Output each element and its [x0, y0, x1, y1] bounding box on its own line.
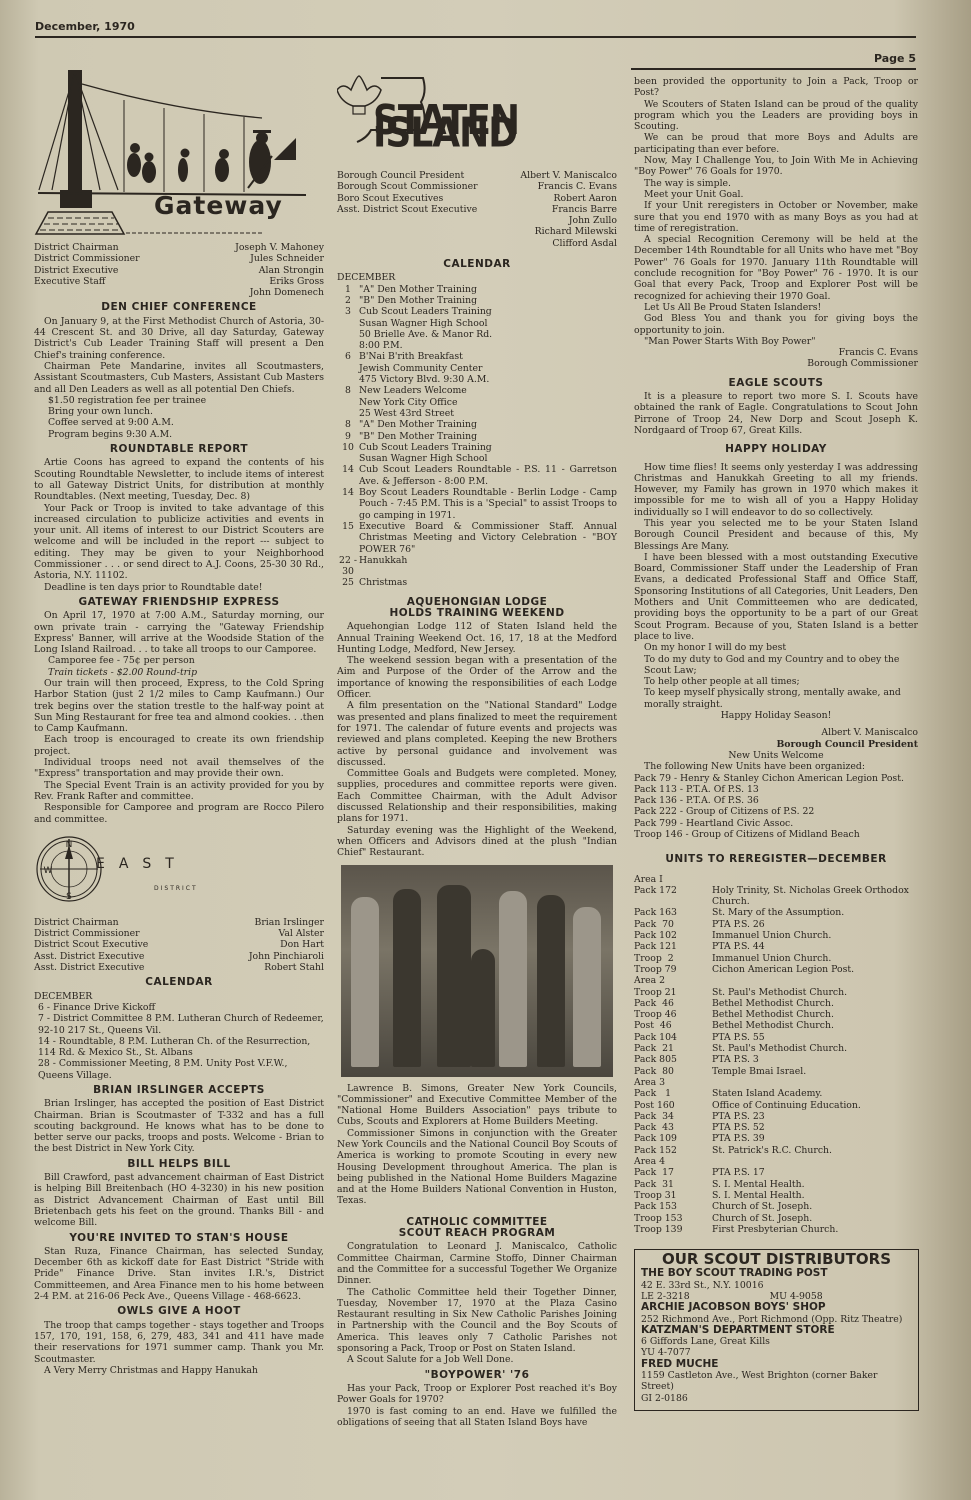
- header-rule: [35, 36, 916, 38]
- roster-name: Richard Milewski: [520, 226, 617, 237]
- roster-name: Robert Stahl: [249, 962, 324, 973]
- table-row: Pack 104PTA P.S. 55: [634, 1032, 918, 1043]
- unit-cell: Pack 805: [634, 1054, 712, 1065]
- calendar-day: 25: [337, 577, 359, 588]
- distributors-list: THE BOY SCOUT TRADING POST42 E. 33rd St.…: [641, 1268, 912, 1404]
- oath-line: To help other people at all times;: [644, 676, 918, 687]
- article-paragraph: The troop that camps together - stays to…: [34, 1320, 324, 1365]
- calendar-entry: 14 - Roundtable, 8 P.M. Lutheran Ch. of …: [38, 1036, 324, 1059]
- table-row: Pack 80Temple Bmai Israel.: [634, 1066, 918, 1077]
- table-row: Pack 70PTA P.S. 26: [634, 919, 918, 930]
- article-paragraph: Bill Crawford, past advancement chairman…: [34, 1172, 324, 1228]
- photo-caption: Lawrence B. Simons, Greater New York Cou…: [337, 1083, 617, 1128]
- calendar-entry: 3Cub Scout Leaders Training Susan Wagner…: [337, 306, 617, 351]
- calendar-event: Christmas: [359, 577, 617, 588]
- unit-cell: Pack 31: [634, 1179, 712, 1190]
- table-row: Post 160Office of Continuing Education.: [634, 1100, 918, 1111]
- unit-cell: Troop 46: [634, 1009, 712, 1020]
- calendar-day: 10: [337, 442, 359, 465]
- headline-line: AQUEHONGIAN LODGE: [407, 596, 548, 608]
- article-paragraph: The following New Units have been organi…: [634, 761, 918, 772]
- sponsor-cell: Immanuel Union Church.: [712, 953, 918, 964]
- roster-name: John Domenech: [235, 287, 324, 298]
- roster-name: Val Alster: [249, 928, 324, 939]
- new-units-list: Pack 79 - Henry & Stanley Cichon America…: [634, 773, 918, 841]
- si-calendar-list: 1"A" Den Mother Training2"B" Den Mother …: [337, 284, 617, 589]
- headline-reregister: UNITS TO REREGISTER—DECEMBER: [634, 854, 918, 865]
- staten-island-title: STATEN ISLAND: [373, 114, 617, 140]
- headline-line: SCOUT REACH PROGRAM: [399, 1227, 556, 1239]
- express-fees: Camporee fee - 75¢ per person Train tick…: [34, 655, 324, 678]
- article-paragraph: The Special Event Train is an activity p…: [34, 780, 324, 803]
- article-paragraph: On January 9, at the First Methodist Chu…: [34, 316, 324, 361]
- unit-cell: Pack 163: [634, 907, 712, 918]
- sponsor-cell: Church of St. Joseph.: [712, 1201, 918, 1212]
- roster-name: Joseph V. Mahoney: [235, 242, 324, 253]
- sponsor-cell: St. Patrick's R.C. Church.: [712, 1145, 918, 1156]
- roster-name: John Pinchiaroli: [249, 951, 324, 962]
- unit-cell: Pack 80: [634, 1066, 712, 1077]
- new-unit: Pack 79 - Henry & Stanley Cichon America…: [634, 773, 918, 784]
- roster-name: Don Hart: [249, 939, 324, 950]
- column-gateway-east: Gateway District Chairman District Commi…: [34, 60, 324, 1376]
- roster-role: District Chairman: [34, 242, 140, 253]
- roster-role: District Commissioner: [34, 253, 140, 264]
- article-paragraph: It is a pleasure to report two more S. I…: [634, 391, 918, 436]
- new-units-title: New Units Welcome: [634, 750, 918, 761]
- compass-icon: N W S: [34, 831, 104, 907]
- roster-role: District Scout Executive: [34, 939, 148, 950]
- sponsor-cell: Cichon American Legion Post.: [712, 964, 918, 975]
- calendar-event: Hanukkah: [359, 555, 617, 578]
- east-district-logo: N W S EAST DISTRICT: [34, 831, 324, 913]
- calendar-event: "B" Den Mother Training: [359, 431, 617, 442]
- article-paragraph: Congratulation to Leonard J. Maniscalco,…: [337, 1241, 617, 1286]
- headline-stan: YOU'RE INVITED TO STAN'S HOUSE: [34, 1233, 324, 1244]
- article-paragraph: Artie Coons has agreed to expand the con…: [34, 457, 324, 502]
- distributor-name: FRED MUCHE: [641, 1359, 912, 1370]
- table-row: Troop 46Bethel Methodist Church.: [634, 1009, 918, 1020]
- table-row: Troop 79Cichon American Legion Post.: [634, 964, 918, 975]
- compass-w: W: [44, 866, 53, 876]
- unit-cell: Pack 121: [634, 941, 712, 952]
- roster-role: Boro Scout Executives: [337, 193, 478, 204]
- calendar-event: Cub Scout Leaders Roundtable - P.S. 11 -…: [359, 464, 617, 487]
- article-paragraph: If your Unit reregisters in October or N…: [634, 200, 918, 234]
- article-paragraph: Individual troops need not avail themsel…: [34, 757, 324, 780]
- unit-cell: Pack 43: [634, 1122, 712, 1133]
- table-row: Pack 109PTA P.S. 39: [634, 1133, 918, 1144]
- new-unit: Pack 113 - P.T.A. Of P.S. 13: [634, 784, 918, 795]
- table-row: Pack 153Church of St. Joseph.: [634, 1201, 918, 1212]
- article-paragraph: A Scout Salute for a Job Well Done.: [337, 1354, 617, 1365]
- table-row: Troop 139First Presbyterian Church.: [634, 1224, 918, 1235]
- signature-name: Francis C. Evans: [634, 347, 918, 358]
- headline-roundtable: ROUNDTABLE REPORT: [34, 444, 324, 455]
- roster-role: District Chairman: [34, 917, 148, 928]
- unit-cell: Troop 21: [634, 987, 712, 998]
- page-number: Page 5: [874, 52, 916, 65]
- roster-name: Robert Aaron: [520, 193, 617, 204]
- headline-line: HOLDS TRAINING WEEKEND: [389, 607, 564, 619]
- staten-island-logo: STATEN ISLAND: [337, 72, 617, 164]
- unit-cell: Pack 153: [634, 1201, 712, 1212]
- calendar-month: DECEMBER: [34, 991, 324, 1002]
- article-paragraph: A special Recognition Ceremony will be h…: [634, 234, 918, 302]
- article-paragraph: Commissioner Simons in conjunction with …: [337, 1128, 617, 1207]
- sponsor-cell: St. Paul's Methodist Church.: [712, 987, 918, 998]
- calendar-day: 1: [337, 284, 359, 295]
- calendar-entry: 15Executive Board & Commissioner Staff. …: [337, 521, 617, 555]
- headline-irslinger: BRIAN IRSLINGER ACCEPTS: [34, 1085, 324, 1096]
- table-row: Troop 31S. I. Mental Health.: [634, 1190, 918, 1201]
- unit-cell: Troop 139: [634, 1224, 712, 1235]
- unit-cell: Pack 70: [634, 919, 712, 930]
- unit-cell: Pack 46: [634, 998, 712, 1009]
- signature-title: Borough Council President: [634, 739, 918, 750]
- roster-role: Asst. District Executive: [34, 962, 148, 973]
- new-unit: Pack 136 - P.T.A. Of P.S. 36: [634, 795, 918, 806]
- sponsor-cell: St. Mary of the Assumption.: [712, 907, 918, 918]
- calendar-entry: 7 - District Committee 8 P.M. Lutheran C…: [38, 1013, 324, 1036]
- roster-name: Francis C. Evans: [520, 181, 617, 192]
- headline-line: CATHOLIC COMMITTEE: [406, 1216, 547, 1228]
- unit-cell: Pack 109: [634, 1133, 712, 1144]
- article-paragraph: Let Us All Be Proud Staten Islanders!: [634, 302, 918, 313]
- holiday-closing: Happy Holiday Season!: [634, 710, 918, 721]
- new-unit: Pack 799 - Heartland Civic Assoc.: [634, 818, 918, 829]
- calendar-entry: 28 - Commissioner Meeting, 8 P.M. Unity …: [38, 1058, 324, 1081]
- east-title: EAST: [96, 859, 188, 870]
- unit-cell: Troop 153: [634, 1213, 712, 1224]
- calendar-entry: 8New Leaders Welcome New York City Offic…: [337, 385, 617, 419]
- calendar-day: 3: [337, 306, 359, 351]
- table-row: Pack 163St. Mary of the Assumption.: [634, 907, 918, 918]
- unit-cell: Troop 2: [634, 953, 712, 964]
- calendar-day: 2: [337, 295, 359, 306]
- article-paragraph: The way is simple.: [634, 178, 918, 189]
- sponsor-cell: PTA P.S. 52: [712, 1122, 918, 1133]
- calendar-day: 14: [337, 487, 359, 521]
- article-paragraph: How time flies! It seems only yesterday …: [634, 462, 918, 518]
- sponsor-cell: [712, 975, 918, 986]
- sponsor-cell: [712, 1156, 918, 1167]
- scout-oath: On my honor I will do my best To do my d…: [634, 642, 918, 710]
- article-paragraph: "Man Power Starts With Boy Power": [634, 336, 918, 347]
- calendar-event: "A" Den Mother Training: [359, 419, 617, 430]
- calendar-day: 22 - 30: [337, 555, 359, 578]
- headline-den-chief: DEN CHIEF CONFERENCE: [34, 302, 324, 313]
- table-row: Pack 172Holy Trinity, St. Nicholas Greek…: [634, 885, 918, 908]
- table-row: Pack 102Immanuel Union Church.: [634, 930, 918, 941]
- calendar-entry: 10Cub Scout Leaders Training Susan Wagne…: [337, 442, 617, 465]
- distributor-entry: THE BOY SCOUT TRADING POST42 E. 33rd St.…: [641, 1268, 912, 1302]
- calendar-entry: 2"B" Den Mother Training: [337, 295, 617, 306]
- distributor-line: 42 E. 33rd St., N.Y. 10016: [641, 1280, 912, 1291]
- article-paragraph: God Bless You and thank you for giving b…: [634, 313, 918, 336]
- sponsor-cell: Holy Trinity, St. Nicholas Greek Orthodo…: [712, 885, 918, 908]
- unit-cell: Pack 1: [634, 1088, 712, 1099]
- unit-cell: Troop 31: [634, 1190, 712, 1201]
- calendar-event: "B" Den Mother Training: [359, 295, 617, 306]
- headline-eagle: EAGLE SCOUTS: [634, 378, 918, 389]
- article-paragraph: Each troop is encouraged to create its o…: [34, 734, 324, 757]
- roster-role: Borough Scout Commissioner: [337, 181, 478, 192]
- calendar-event: "A" Den Mother Training: [359, 284, 617, 295]
- unit-cell: Troop 79: [634, 964, 712, 975]
- sponsor-cell: S. I. Mental Health.: [712, 1190, 918, 1201]
- table-row: Pack 46Bethel Methodist Church.: [634, 998, 918, 1009]
- table-row: Troop 2Immanuel Union Church.: [634, 953, 918, 964]
- calendar-day: 14: [337, 464, 359, 487]
- roster-role: Asst. District Executive: [34, 951, 148, 962]
- headline-boypower: "BOYPOWER' '76: [337, 1370, 617, 1381]
- table-row: Troop 153Church of St. Joseph.: [634, 1213, 918, 1224]
- staten-island-roster: Borough Council President Borough Scout …: [337, 170, 617, 249]
- unit-cell: Area 3: [634, 1077, 712, 1088]
- article-paragraph: Aquehongian Lodge 112 of Staten Island h…: [337, 621, 617, 655]
- unit-cell: Pack 152: [634, 1145, 712, 1156]
- new-unit: Troop 146 - Group of Citizens of Midland…: [634, 829, 918, 840]
- headline-owls: OWLS GIVE A HOOT: [34, 1306, 324, 1317]
- roster-role: Borough Council President: [337, 170, 478, 181]
- article-paragraph: On April 17, 1970 at 7:00 A.M., Saturday…: [34, 610, 324, 655]
- den-chief-details: $1.50 registration fee per trainee Bring…: [34, 395, 324, 440]
- sponsor-cell: PTA P.S. 39: [712, 1133, 918, 1144]
- issue-date: December, 1970: [35, 20, 135, 33]
- calendar-day: 9: [337, 431, 359, 442]
- signature-title: Borough Commissioner: [634, 358, 918, 369]
- calendar-day: 6: [337, 351, 359, 385]
- sponsor-cell: Bethel Methodist Church.: [712, 1020, 918, 1031]
- sponsor-cell: PTA P.S. 23: [712, 1111, 918, 1122]
- distributor-entry: ARCHIE JACOBSON BOYS' SHOP252 Richmond A…: [641, 1302, 912, 1325]
- headline-si-calendar: CALENDAR: [337, 259, 617, 270]
- roster-name: Francis Barre: [520, 204, 617, 215]
- table-row: Pack 1Staten Island Academy.: [634, 1088, 918, 1099]
- article-paragraph: Stan Ruza, Finance Chairman, has selecte…: [34, 1246, 324, 1302]
- article-paragraph: A film presentation on the "National Sta…: [337, 700, 617, 768]
- headline-lodge: AQUEHONGIAN LODGE HOLDS TRAINING WEEKEND: [337, 597, 617, 620]
- distributor-entry: FRED MUCHE1159 Castleton Ave., West Brig…: [641, 1359, 912, 1404]
- distributor-line: 6 Giffords Lane, Great Kills: [641, 1336, 912, 1347]
- table-row: Area 2: [634, 975, 918, 986]
- sponsor-cell: PTA P.S. 26: [712, 919, 918, 930]
- detail-line: Coffee served at 9:00 A.M.: [48, 417, 324, 428]
- header-rule-right: [631, 68, 916, 70]
- headline-holiday: HAPPY HOLIDAY: [634, 444, 918, 455]
- article-paragraph: Meet your Unit Goal.: [634, 189, 918, 200]
- gateway-roster: District Chairman District Commissioner …: [34, 242, 324, 298]
- article-paragraph: This year you selected me to be your Sta…: [634, 518, 918, 552]
- gateway-title: Gateway: [154, 200, 283, 211]
- article-paragraph: Has your Pack, Troop or Explorer Post re…: [337, 1383, 617, 1406]
- headline-bill: BILL HELPS BILL: [34, 1159, 324, 1170]
- sponsor-cell: First Presbyterian Church.: [712, 1224, 918, 1235]
- sponsor-cell: Staten Island Academy.: [712, 1088, 918, 1099]
- unit-cell: Pack 102: [634, 930, 712, 941]
- oath-line: To keep myself physically strong, mental…: [644, 687, 918, 710]
- article-paragraph: Responsible for Camporee and program are…: [34, 802, 324, 825]
- sponsor-cell: Church of St. Joseph.: [712, 1213, 918, 1224]
- east-calendar-list: 6 - Finance Drive Kickoff 7 - District C…: [34, 1002, 324, 1081]
- article-paragraph: been provided the opportunity to Join a …: [634, 76, 918, 99]
- article-paragraph: Brian Irslinger, has accepted the positi…: [34, 1098, 324, 1154]
- distributor-entry: KATZMAN'S DEPARTMENT STORE6 Giffords Lan…: [641, 1325, 912, 1359]
- unit-cell: Area I: [634, 874, 712, 885]
- article-paragraph: A Very Merry Christmas and Happy Hanukah: [34, 1365, 324, 1376]
- detail-line: Program begins 9:30 A.M.: [48, 429, 324, 440]
- calendar-entry: 8"A" Den Mother Training: [337, 419, 617, 430]
- article-paragraph: The Catholic Committee held their Togeth…: [337, 1287, 617, 1355]
- calendar-month: DECEMBER: [337, 272, 617, 283]
- east-roster: District Chairman District Commissioner …: [34, 917, 324, 973]
- article-paragraph: The weekend session began with a present…: [337, 655, 617, 700]
- calendar-day: 8: [337, 419, 359, 430]
- sponsor-cell: PTA P.S. 44: [712, 941, 918, 952]
- sponsor-cell: PTA P.S. 3: [712, 1054, 918, 1065]
- reregister-table: Area IPack 172Holy Trinity, St. Nicholas…: [634, 874, 918, 1236]
- compass-s: S: [66, 892, 72, 902]
- roster-name: Alan Strongin: [235, 265, 324, 276]
- sponsor-cell: [712, 1077, 918, 1088]
- calendar-entry: 22 - 30Hanukkah: [337, 555, 617, 578]
- table-row: Pack 805PTA P.S. 3: [634, 1054, 918, 1065]
- calendar-event: Cub Scout Leaders Training Susan Wagner …: [359, 442, 617, 465]
- table-row: Pack 21St. Paul's Methodist Church.: [634, 1043, 918, 1054]
- table-row: Area 3: [634, 1077, 918, 1088]
- sponsor-cell: Bethel Methodist Church.: [712, 1009, 918, 1020]
- calendar-event: B'Nai B'rith Breakfast Jewish Community …: [359, 351, 617, 385]
- unit-cell: Pack 172: [634, 885, 712, 908]
- article-paragraph: 1970 is fast coming to an end. Have we f…: [337, 1406, 617, 1429]
- table-row: Pack 121PTA P.S. 44: [634, 941, 918, 952]
- table-row: Pack 34PTA P.S. 23: [634, 1111, 918, 1122]
- unit-cell: Post 160: [634, 1100, 712, 1111]
- roster-name: Jules Schneider: [235, 253, 324, 264]
- distributors-title: OUR SCOUT DISTRIBUTORS: [641, 1254, 912, 1265]
- distributor-line: GI 2-0186: [641, 1393, 912, 1404]
- unit-cell: Pack 21: [634, 1043, 712, 1054]
- unit-cell: Area 4: [634, 1156, 712, 1167]
- oath-line: To do my duty to God and my Country and …: [644, 654, 918, 677]
- sponsor-cell: Immanuel Union Church.: [712, 930, 918, 941]
- calendar-event: Boy Scout Leaders Roundtable - Berlin Lo…: [359, 487, 617, 521]
- table-row: Pack 31S. I. Mental Health.: [634, 1179, 918, 1190]
- detail-line: Bring your own lunch.: [48, 406, 324, 417]
- article-paragraph: Deadline is ten days prior to Roundtable…: [34, 582, 324, 593]
- article-paragraph: We can be proud that more Boys and Adult…: [634, 132, 918, 155]
- table-row: Post 46Bethel Methodist Church.: [634, 1020, 918, 1031]
- calendar-event: Executive Board & Commissioner Staff. An…: [359, 521, 617, 555]
- sponsor-cell: PTA P.S. 17: [712, 1167, 918, 1178]
- calendar-entry: 6B'Nai B'rith Breakfast Jewish Community…: [337, 351, 617, 385]
- roster-role: District Commissioner: [34, 928, 148, 939]
- table-row: Pack 152St. Patrick's R.C. Church.: [634, 1145, 918, 1156]
- unit-cell: Post 46: [634, 1020, 712, 1031]
- east-subtitle: DISTRICT: [154, 883, 198, 894]
- gateway-logo: Gateway: [34, 60, 314, 240]
- calendar-event: New Leaders Welcome New York City Office…: [359, 385, 617, 419]
- sponsor-cell: PTA P.S. 55: [712, 1032, 918, 1043]
- table-row: Area 4: [634, 1156, 918, 1167]
- distributor-name: KATZMAN'S DEPARTMENT STORE: [641, 1325, 912, 1336]
- compass-n: N: [66, 840, 73, 850]
- calendar-entry: 1"A" Den Mother Training: [337, 284, 617, 295]
- calendar-day: 15: [337, 521, 359, 555]
- calendar-entry: 14Cub Scout Leaders Roundtable - P.S. 11…: [337, 464, 617, 487]
- oath-line: On my honor I will do my best: [644, 642, 918, 653]
- roster-role: District Executive: [34, 265, 140, 276]
- article-paragraph: Committee Goals and Budgets were complet…: [337, 768, 617, 824]
- sponsor-cell: St. Paul's Methodist Church.: [712, 1043, 918, 1054]
- sponsor-cell: Bethel Methodist Church.: [712, 998, 918, 1009]
- sponsor-cell: Temple Bmai Israel.: [712, 1066, 918, 1077]
- distributor-line: 1159 Castleton Ave., West Brighton (corn…: [641, 1370, 912, 1393]
- table-row: Troop 21St. Paul's Methodist Church.: [634, 987, 918, 998]
- group-photo: [341, 865, 613, 1077]
- sponsor-cell: [712, 874, 918, 885]
- roster-role: Executive Staff: [34, 276, 140, 287]
- calendar-entry: 6 - Finance Drive Kickoff: [38, 1002, 324, 1013]
- detail-line: Train tickets - $2.00 Round-trip: [48, 667, 324, 678]
- calendar-entry: 14Boy Scout Leaders Roundtable - Berlin …: [337, 487, 617, 521]
- sponsor-cell: Office of Continuing Education.: [712, 1100, 918, 1111]
- calendar-event: Cub Scout Leaders Training Susan Wagner …: [359, 306, 617, 351]
- detail-line: $1.50 registration fee per trainee: [48, 395, 324, 406]
- signature-name: Albert V. Maniscalco: [634, 727, 918, 738]
- unit-cell: Pack 34: [634, 1111, 712, 1122]
- unit-cell: Pack 104: [634, 1032, 712, 1043]
- roster-role: Asst. District Scout Executive: [337, 204, 478, 215]
- article-paragraph: Chairman Pete Mandarine, invites all Sco…: [34, 361, 324, 395]
- sponsor-cell: S. I. Mental Health.: [712, 1179, 918, 1190]
- column-staten-island: STATEN ISLAND Borough Council President …: [337, 72, 617, 1428]
- table-row: Pack 43PTA P.S. 52: [634, 1122, 918, 1133]
- article-paragraph: Your Pack or Troop is invited to take ad…: [34, 503, 324, 582]
- headline-east-calendar: CALENDAR: [34, 977, 324, 988]
- headline-friendship-express: GATEWAY FRIENDSHIP EXPRESS: [34, 597, 324, 608]
- detail-line: Camporee fee - 75¢ per person: [48, 655, 324, 666]
- new-unit: Pack 222 - Group of Citizens of P.S. 22: [634, 806, 918, 817]
- unit-cell: Pack 17: [634, 1167, 712, 1178]
- distributor-name: THE BOY SCOUT TRADING POST: [641, 1268, 912, 1279]
- roster-name: Albert V. Maniscalco: [520, 170, 617, 181]
- article-paragraph: Saturday evening was the Highlight of th…: [337, 825, 617, 859]
- calendar-day: 8: [337, 385, 359, 419]
- article-paragraph: Now, May I Challenge You, to Join With M…: [634, 155, 918, 178]
- table-row: Pack 17PTA P.S. 17: [634, 1167, 918, 1178]
- article-paragraph: I have been blessed with a most outstand…: [634, 552, 918, 642]
- article-paragraph: Our train will then proceed, Express, to…: [34, 678, 324, 734]
- distributors-box: OUR SCOUT DISTRIBUTORS THE BOY SCOUT TRA…: [634, 1249, 919, 1411]
- table-row: Area I: [634, 874, 918, 885]
- headline-catholic: CATHOLIC COMMITTEE SCOUT REACH PROGRAM: [337, 1217, 617, 1240]
- column-right: been provided the opportunity to Join a …: [634, 76, 918, 1411]
- calendar-entry: 25Christmas: [337, 577, 617, 588]
- calendar-entry: 9"B" Den Mother Training: [337, 431, 617, 442]
- roster-name: Eriks Gross: [235, 276, 324, 287]
- distributor-name: ARCHIE JACOBSON BOYS' SHOP: [641, 1302, 912, 1313]
- roster-name: Clifford Asdal: [520, 238, 617, 249]
- article-paragraph: We Scouters of Staten Island can be prou…: [634, 99, 918, 133]
- roster-name: John Zullo: [520, 215, 617, 226]
- unit-cell: Area 2: [634, 975, 712, 986]
- roster-name: Brian Irslinger: [249, 917, 324, 928]
